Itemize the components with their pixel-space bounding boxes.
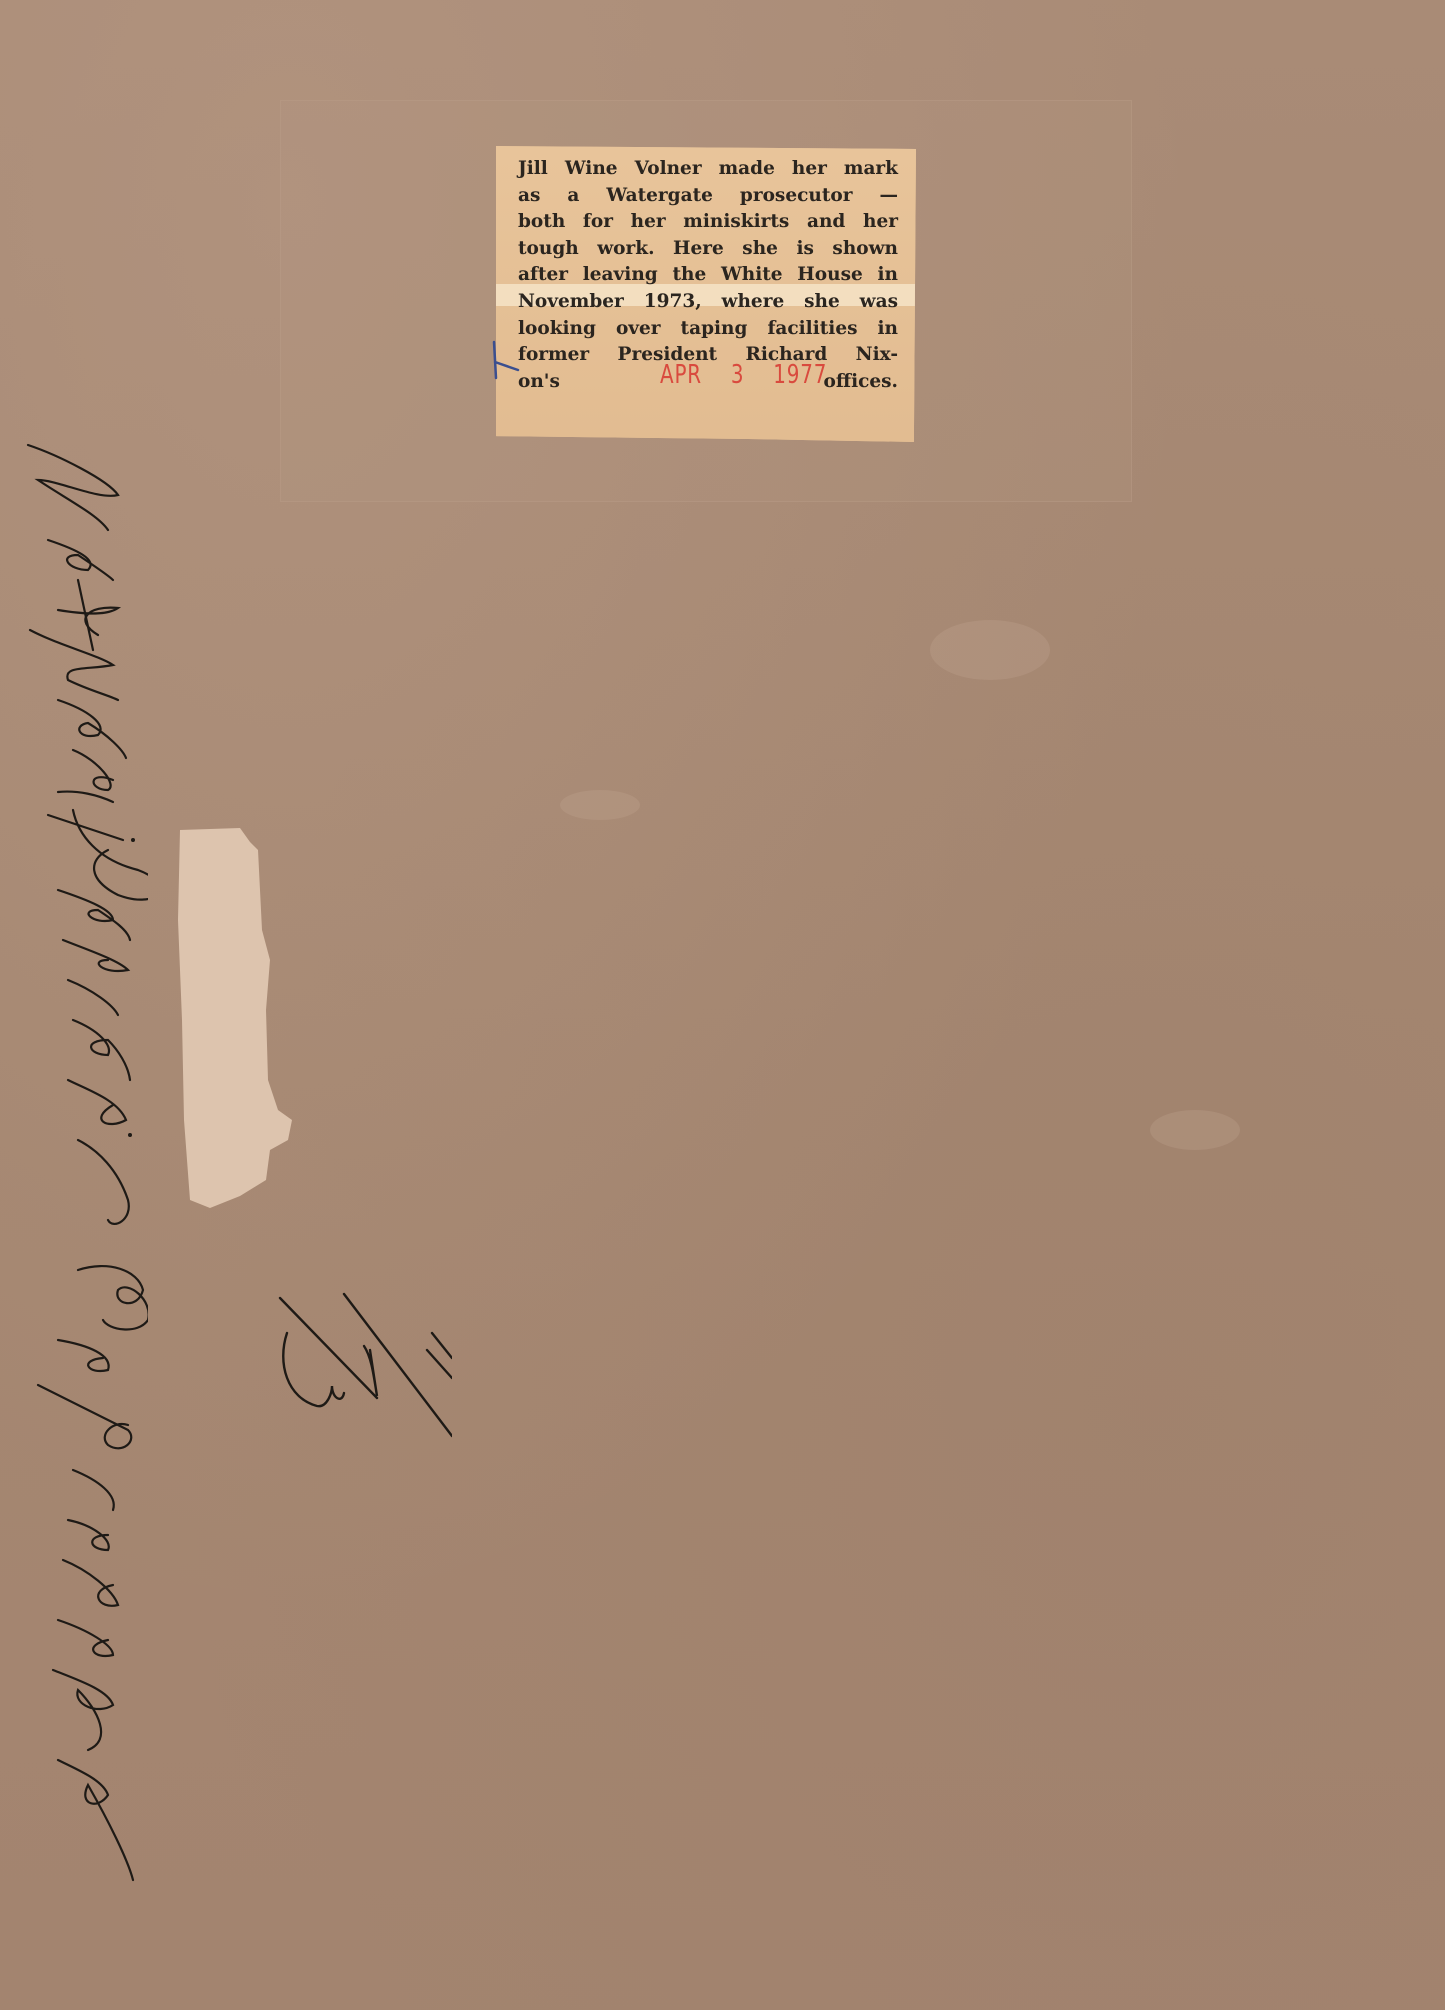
stamp-month: APR	[660, 360, 702, 390]
caption-line: tough work. Here she is shown	[518, 236, 898, 263]
caption-line: as a Watergate prosecutor —	[518, 183, 898, 210]
caption-line: looking over taping facilities in	[518, 316, 898, 343]
blue-pen-mark-icon	[490, 340, 520, 380]
paper-stain	[560, 790, 640, 820]
handwriting-script-icon	[18, 440, 148, 1940]
caption-line: November 1973, where she was	[518, 289, 898, 316]
stamp-year: 1977	[773, 360, 827, 390]
paper-tear-patch	[170, 820, 310, 1210]
newspaper-clipping: Jill Wine Volner made her mark as a Wate…	[496, 146, 916, 442]
handwritten-vertical-note: Watergate - Political Espionage	[18, 440, 148, 1940]
caption-line: Jill Wine Volner made her mark	[518, 156, 898, 183]
stamp-day: 3	[731, 360, 745, 390]
paper-stain	[1150, 1110, 1240, 1150]
paper-stain	[930, 620, 1050, 680]
caption-line: both for her miniskirts and her	[518, 209, 898, 236]
fraction-script-icon	[262, 1278, 452, 1438]
date-stamp: APR31977	[660, 360, 827, 390]
handwritten-fraction-note: 1/3	[262, 1278, 452, 1438]
caption-line: after leaving the White House in	[518, 262, 898, 289]
